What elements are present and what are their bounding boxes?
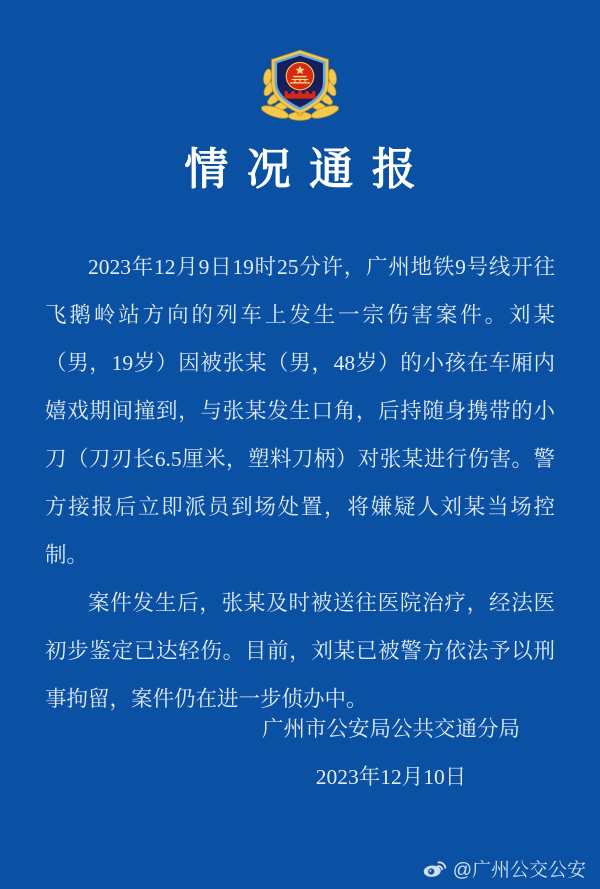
notice-paragraph: 2023年12月9日19时25分许，广州地铁9号线开往飞鹅岭站方向的列车上发生一… (45, 243, 555, 579)
weibo-icon (421, 856, 448, 881)
issue-date: 2023年12月10日 (262, 753, 520, 801)
signature-block: 广州市公安局公共交通分局 2023年12月10日 (262, 705, 520, 801)
notice-body: 2023年12月9日19时25分许，广州地铁9号线开往飞鹅岭站方向的列车上发生一… (45, 243, 555, 723)
police-notice-page: 情况通报 2023年12月9日19时25分许，广州地铁9号线开往飞鹅岭站方向的列… (0, 0, 600, 889)
weibo-watermark: @广州公交公安 (421, 855, 586, 882)
watermark-handle: @广州公交公安 (453, 855, 586, 882)
police-emblem-icon (250, 38, 350, 126)
notice-paragraph: 案件发生后，张某及时被送往医院治疗，经法医初步鉴定已达轻伤。目前，刘某已被警方依… (45, 579, 555, 723)
notice-title: 情况通报 (0, 144, 600, 197)
issuing-agency: 广州市公安局公共交通分局 (262, 705, 520, 753)
national-emblem (286, 62, 314, 90)
